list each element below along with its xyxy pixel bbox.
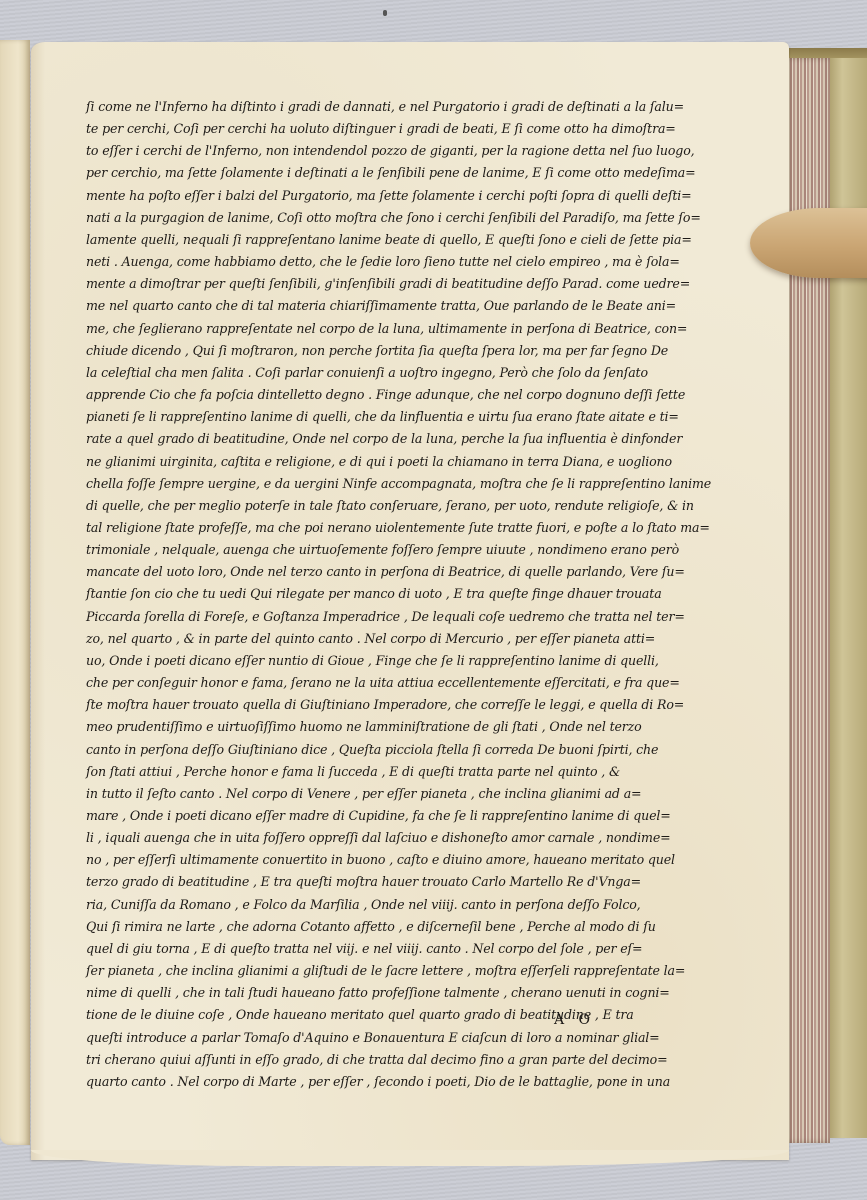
text-line: pianeti ſe li rappreſentino lanime di qu… <box>86 406 686 428</box>
text-line: per cerchio, ma ſette ſolamente i deſtin… <box>86 162 686 184</box>
text-line: ne glianimi uirginita, caſtita e religio… <box>86 451 686 473</box>
signature-mark: A O <box>554 1012 595 1028</box>
text-line: mare , Onde i poeti dicano eſſer madre d… <box>86 805 686 827</box>
text-line: la celeſtial cha men ſalita . Coſi parla… <box>86 362 686 384</box>
text-line: canto in perſona deſſo Giuſtiniano dice … <box>86 739 686 761</box>
text-line: che per conſeguir honor e fama, ſerano n… <box>86 672 686 694</box>
text-line: apprende Cio che fa poſcia dintelletto d… <box>86 384 686 406</box>
text-line: quarto canto . Nel corpo di Marte , per … <box>86 1071 686 1093</box>
text-line: in tutto il ſeſto canto . Nel corpo di V… <box>86 783 686 805</box>
left-page-edge <box>0 40 30 1145</box>
text-line: te per cerchi, Coſi per cerchi ha uoluto… <box>86 118 686 140</box>
page-text: ſi come ne l'Inferno ha diſtinto i gradi… <box>86 96 686 1093</box>
text-line: di quelle, che per meglio poterſe in tal… <box>86 495 686 517</box>
text-line: ſtantie ſon cio che tu uedi Qui rilegate… <box>86 583 686 605</box>
text-line: mancate del uoto loro, Onde nel terzo ca… <box>86 561 686 583</box>
text-line: uo, Onde i poeti dicano eſſer nuntio di … <box>86 650 686 672</box>
text-line: li , iquali auenga che in uita foſſero o… <box>86 827 686 849</box>
text-line: me, che ſeglierano rappreſentate nel cor… <box>86 318 686 340</box>
text-line: chella foſſe ſempre uergine, e da uergin… <box>86 473 686 495</box>
text-line: lamente quelli, nequali ſi rappreſentano… <box>86 229 686 251</box>
text-line: meo prudentiſſimo e uirtuoſiſſimo huomo … <box>86 716 686 738</box>
text-line: rate a quel grado di beatitudine, Onde n… <box>86 428 686 450</box>
text-line: neti . Auenga, come habbiamo detto, che … <box>86 251 686 273</box>
text-line: ſi come ne l'Inferno ha diſtinto i gradi… <box>86 96 686 118</box>
text-line: me nel quarto canto che di tal materia c… <box>86 295 686 317</box>
text-line: Piccarda ſorella di Foreſe, e Goſtanza I… <box>86 606 686 628</box>
text-line: ſon ſtati attiui , Perche honor e fama l… <box>86 761 686 783</box>
text-line: no , per eſſerſi ultimamente conuertito … <box>86 849 686 871</box>
text-line: tri cherano quiui aſſunti in eſſo grado,… <box>86 1049 686 1071</box>
text-line: ria, Cuniſſa da Romano , e Folco da Marſ… <box>86 894 686 916</box>
text-line: to eſſer i cerchi de l'Inferno, non inte… <box>86 140 686 162</box>
text-line: mente a dimoſtrar per queſti ſenſibili, … <box>86 273 686 295</box>
text-line: zo, nel quarto , & in parte del quinto c… <box>86 628 686 650</box>
text-line: trimoniale , nelquale, auenga che uirtuo… <box>86 539 686 561</box>
text-line: tione de le diuine coſe , Onde haueano m… <box>86 1004 686 1026</box>
text-line: terzo grado di beatitudine , E tra queſt… <box>86 871 686 893</box>
background-speck <box>383 10 387 16</box>
text-line: ſer pianeta , che inclina glianimi a gli… <box>86 960 686 982</box>
text-line: queſti introduce a parlar Tomaſo d'Aquin… <box>86 1027 686 1049</box>
text-line: ſte moſtra hauer trouato quella di Giuſt… <box>86 694 686 716</box>
text-line: mente ha poſto eſſer i balzi del Purgato… <box>86 185 686 207</box>
text-line: nati a la purgagion de lanime, Coſi otto… <box>86 207 686 229</box>
text-line: Qui ſi rimira ne larte , che adorna Cota… <box>86 916 686 938</box>
text-line: chiude dicendo , Qui ſi moſtraron, non p… <box>86 340 686 362</box>
text-line: tal religione ſtate profeſſe, ma che poi… <box>86 517 686 539</box>
text-line: nime di quelli , che in tali ſtudi hauea… <box>86 982 686 1004</box>
text-line: quel di giu torna , E di queſto tratta n… <box>86 938 686 960</box>
